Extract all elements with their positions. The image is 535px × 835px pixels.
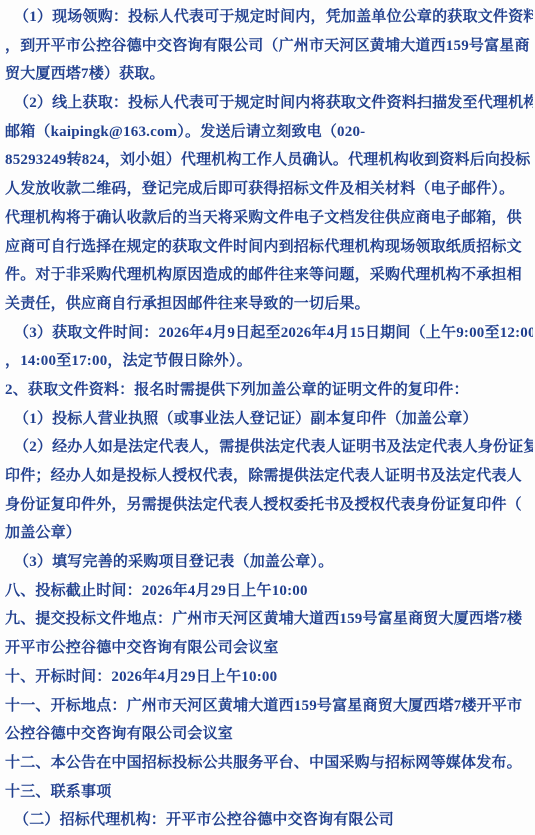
document-line: 人发放收款二维码，登记完成后即可获得招标文件及相关材料（电子邮件）。 bbox=[5, 175, 533, 204]
document-line: 加盖公章） bbox=[5, 519, 533, 548]
document-line: 应商可自行选择在规定的获取文件时间内到招标代理机构现场领取纸质招标文 bbox=[5, 233, 533, 262]
document-line: 八、投标截止时间：2026年4月29日上午10:00 bbox=[5, 577, 533, 606]
document-line: 十三、联系事项 bbox=[5, 778, 533, 807]
document-line: 件。对于非采购代理机构原因造成的邮件往来等问题，采购代理机构不承担相 bbox=[5, 261, 533, 290]
document-line: 公控谷德中交咨询有限公司会议室 bbox=[5, 720, 533, 749]
document-line: 九、提交投标文件地点：广州市天河区黄埔大道西159号富星商贸大厦西塔7楼 bbox=[5, 605, 533, 634]
document-line: 代理机构将于确认收款后的当天将采购文件电子文档发往供应商电子邮箱，供 bbox=[5, 204, 533, 233]
document-line: （1）现场领购：投标人代表可于规定时间内，凭加盖单位公章的获取文件资料 bbox=[5, 3, 533, 32]
document-line: 身份证复印件外，另需提供法定代表人授权委托书及授权代表身份证复印件（ bbox=[5, 491, 533, 520]
document-line: （3）获取文件时间：2026年4月9日起至2026年4月15日期间（上午9:00… bbox=[5, 319, 533, 348]
document-line: 85293249转824，刘小姐）代理机构工作人员确认。代理机构收到资料后向投标 bbox=[5, 146, 533, 175]
scanned-document-page: （1）现场领购：投标人代表可于规定时间内，凭加盖单位公章的获取文件资料，到开平市… bbox=[0, 0, 535, 835]
document-line: ，14:00至17:00，法定节假日除外）。 bbox=[5, 347, 533, 376]
document-line: 关责任，供应商自行承担因邮件往来导致的一切后果。 bbox=[5, 290, 533, 319]
document-body: （1）现场领购：投标人代表可于规定时间内，凭加盖单位公章的获取文件资料，到开平市… bbox=[5, 3, 533, 835]
document-line: 十二、本公告在中国招标投标公共服务平台、中国采购与招标网等媒体发布。 bbox=[5, 749, 533, 778]
document-line: （1）投标人营业执照（或事业法人登记证）副本复印件（加盖公章） bbox=[5, 405, 533, 434]
document-line: （3）填写完善的采购项目登记表（加盖公章）。 bbox=[5, 548, 533, 577]
document-line: 印件；经办人如是投标人授权代表，除需提供法定代表人证明书及法定代表人 bbox=[5, 462, 533, 491]
document-line: 2、获取文件资料：报名时需提供下列加盖公章的证明文件的复印件： bbox=[5, 376, 533, 405]
document-line: 贸大厦西塔7楼）获取。 bbox=[5, 60, 533, 89]
document-line: 十一、开标地点：广州市天河区黄埔大道西159号富星商贸大厦西塔7楼开平市 bbox=[5, 692, 533, 721]
document-line: 开平市公控谷德中交咨询有限公司会议室 bbox=[5, 634, 533, 663]
document-line: （2）线上获取：投标人代表可于规定时间内将获取文件资料扫描发至代理机构 bbox=[5, 89, 533, 118]
document-line: （二）招标代理机构：开平市公控谷德中交咨询有限公司 bbox=[5, 806, 533, 835]
document-line: 邮箱（kaipingk@163.com）。发送后请立刻致电（020- bbox=[5, 118, 533, 147]
document-line: ，到开平市公控谷德中交咨询有限公司（广州市天河区黄埔大道西159号富星商 bbox=[5, 32, 533, 61]
document-line: 十、开标时间：2026年4月29日上午10:00 bbox=[5, 663, 533, 692]
document-line: （2）经办人如是法定代表人，需提供法定代表人证明书及法定代表人身份证复 bbox=[5, 433, 533, 462]
